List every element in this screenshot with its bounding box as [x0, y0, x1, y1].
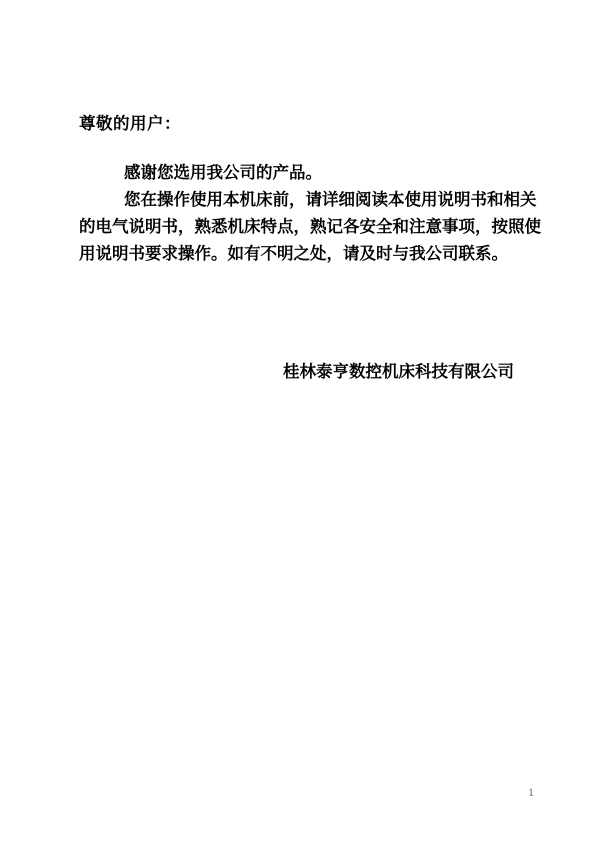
salutation-line: 尊敬的用户：	[79, 110, 181, 137]
paragraph-notice-line-3: 用说明书要求操作。如有不明之处，请及时与我公司联系。	[79, 240, 531, 267]
page-number: 1	[528, 784, 534, 800]
paragraph-notice-line-1: 您在操作使用本机床前，请详细阅读本使用说明书和相关	[79, 186, 531, 213]
body-text: 感谢您选用我公司的产品。 您在操作使用本机床前，请详细阅读本使用说明书和相关 的…	[79, 159, 531, 267]
document-page: 尊敬的用户： 感谢您选用我公司的产品。 您在操作使用本机床前，请详细阅读本使用说…	[0, 0, 600, 848]
paragraph-notice-line-2: 的电气说明书，熟悉机床特点，熟记各安全和注意事项，按照使	[79, 213, 531, 240]
company-signature: 桂林泰亨数控机床科技有限公司	[283, 358, 514, 385]
paragraph-thanks: 感谢您选用我公司的产品。	[79, 159, 531, 186]
